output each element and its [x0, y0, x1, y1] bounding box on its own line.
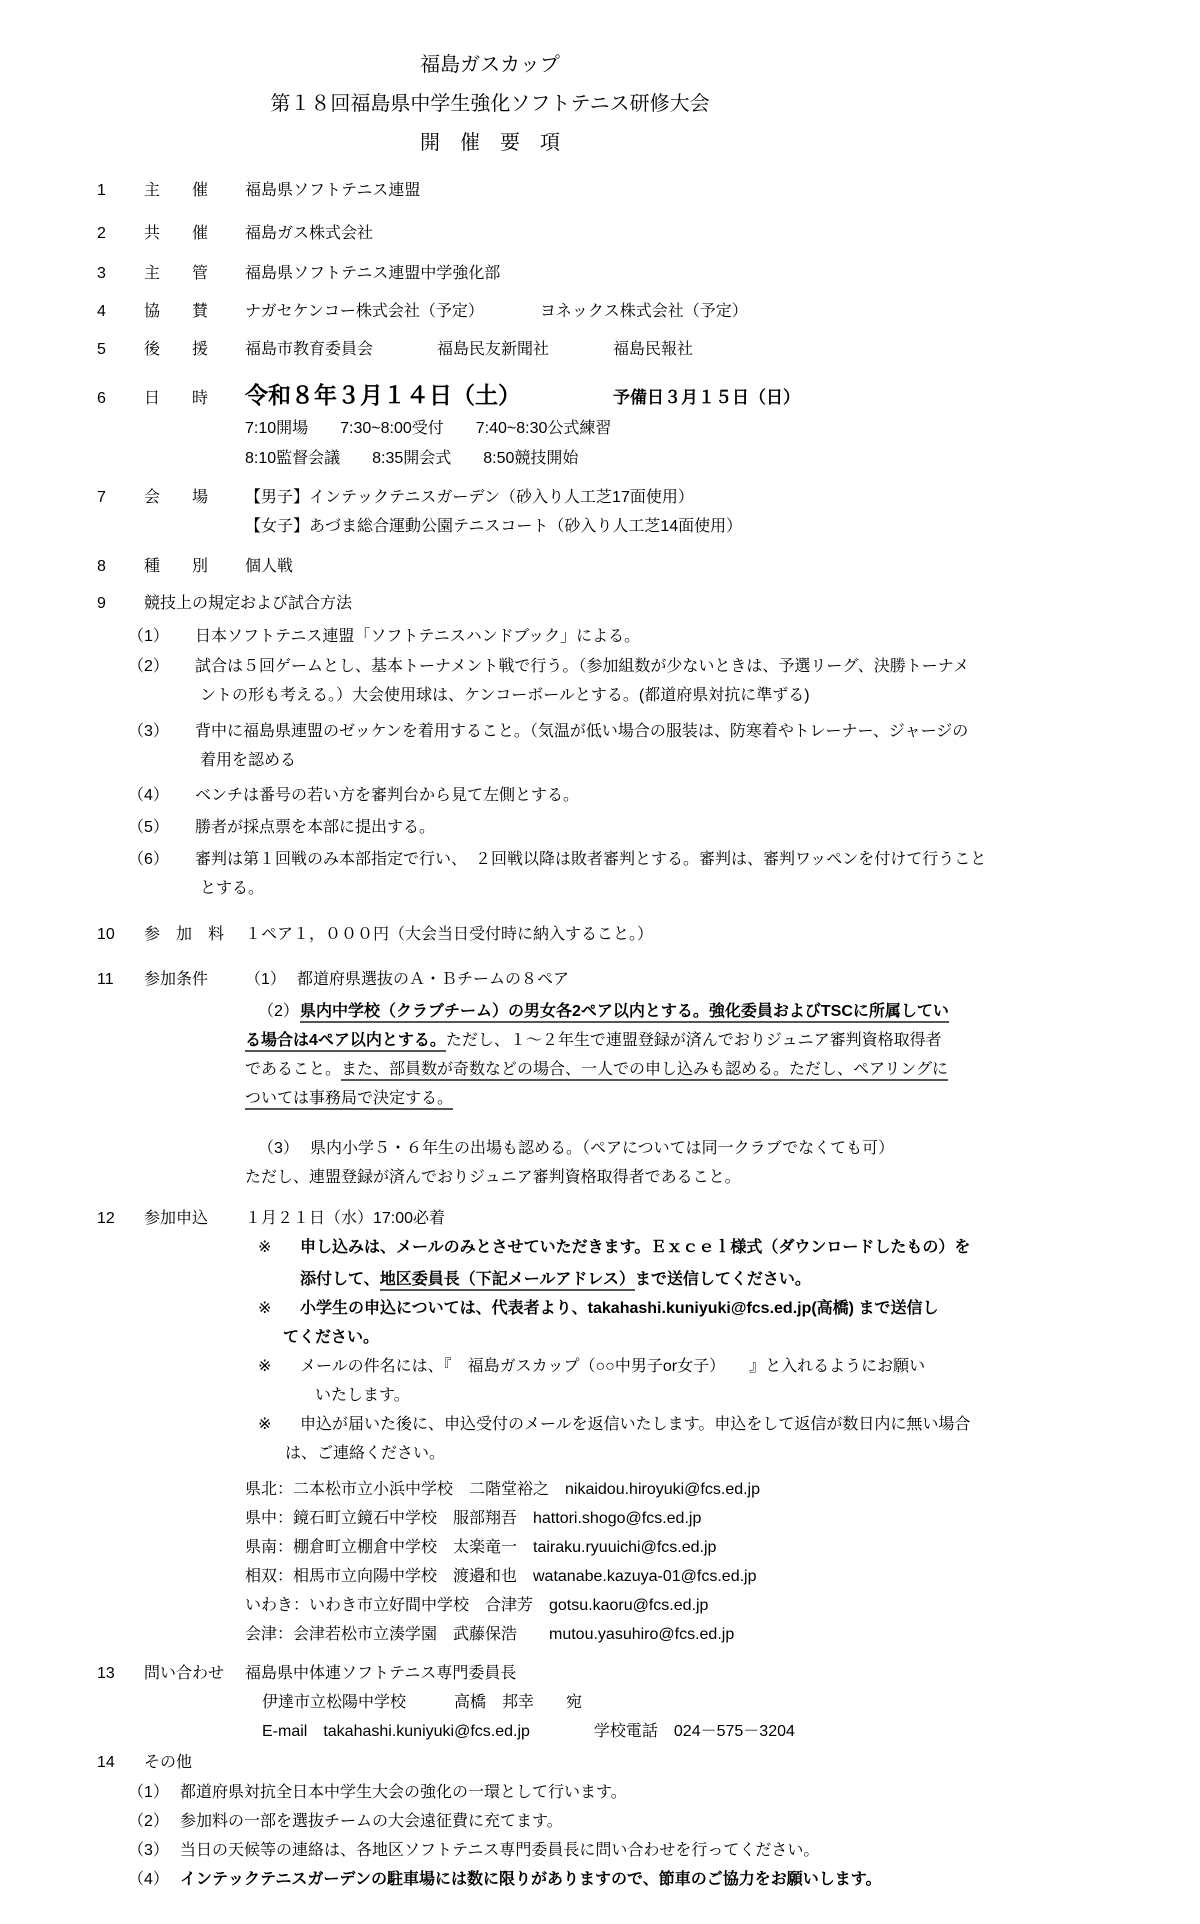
- section-item-6: 6日 時令和８年３月１４日（土）予備日３月１５日（日）7:10開場 7:30~8…: [0, 377, 1200, 473]
- list-marker: ※: [258, 1352, 300, 1381]
- item-row: 【女子】あづま総合運動公園テニスコート（砂入り人工芝14面使用）: [0, 512, 1200, 541]
- item-number: 14: [97, 1748, 144, 1777]
- item-number: 11: [97, 965, 144, 994]
- text-segment: １ペア１，０００円（大会当日受付時に納入すること。）: [245, 926, 653, 943]
- text-segment: 7:10開場 7:30~8:00受付 7:40~8:30公式練習: [245, 420, 611, 437]
- item-row: 県中：鏡石町立鏡石中学校 服部翔吾 hattori.shogo@fcs.ed.j…: [0, 1504, 1200, 1533]
- list-marker: （1）: [128, 1778, 180, 1807]
- section-item-1: 1主 催福島県ソフトテニス連盟: [0, 176, 1200, 205]
- sections: 1主 催福島県ソフトテニス連盟2共 催福島ガス株式会社3主 管福島県ソフトテニス…: [0, 176, 1200, 1894]
- list-marker: ※: [258, 1294, 300, 1323]
- list-marker: ※: [258, 1233, 300, 1262]
- text-segment: 県中：鏡石町立鏡石中学校 服部翔吾 hattori.shogo@fcs.ed.j…: [245, 1510, 701, 1527]
- text-segment: 添付して、: [300, 1271, 380, 1288]
- item-number: 6: [97, 384, 144, 413]
- list-marker: （2）: [128, 652, 195, 681]
- text-segment: 伊達市立松陽中学校 高橋 邦幸 宛: [262, 1694, 582, 1711]
- text-segment: ただし、１～２年生で連盟登録が済んでおりジュニア審判資格取得者: [446, 1032, 942, 1049]
- item-row: は、ご連絡ください。: [0, 1439, 1200, 1468]
- text-segment: 県内小学５・６年生の出場も認める。（ペアについては同一クラブでなくても可）: [310, 1140, 894, 1157]
- text-segment: また、部員数が奇数などの場合、一人での申し込みも認める。ただし、ペアリングに: [341, 1061, 948, 1081]
- item-row: （3）背中に福島県連盟のゼッケンを着用すること。（気温が低い場合の服装は、防寒着…: [0, 717, 1200, 746]
- item-number: 3: [97, 259, 144, 288]
- section-item-11: 11参加条件（1）都道府県選抜のＡ・Ｂチームの８ペア（2）県内中学校（クラブチー…: [0, 965, 1200, 1192]
- text-segment: メールの件名には、『 福島ガスカップ（○○中男子or女子） 』と入れるようにお願…: [300, 1358, 925, 1375]
- text-segment: 福島市教育委員会 福島民友新聞社 福島民報社: [245, 341, 693, 358]
- section-item-14: 14その他（1）都道府県対抗全日本中学生大会の強化の一環として行います。（2）参…: [0, 1748, 1200, 1894]
- text-segment: 県内中学校（クラブチーム）の男女各2ペア以内とする。強化委員およびTSCに所属し…: [300, 1003, 949, 1023]
- item-number: 2: [97, 219, 144, 248]
- item-label: 参 加 料: [144, 920, 245, 949]
- text-segment: 審判は第１回戦のみ本部指定で行い、 ２回戦以降は敗者審判とする。審判は、審判ワッ…: [195, 851, 986, 868]
- item-row: 8:10監督会議 8:35開会式 8:50競技開始: [0, 444, 1200, 473]
- item-label: その他: [144, 1748, 192, 1777]
- item-row: ※メールの件名には、『 福島ガスカップ（○○中男子or女子） 』と入れるようにお…: [0, 1352, 1200, 1381]
- item-row: E-mail takahashi.kuniyuki@fcs.ed.jp 学校電話…: [0, 1717, 1200, 1746]
- text-segment: 8:10監督会議 8:35開会式 8:50競技開始: [245, 450, 578, 467]
- section-item-7: 7会 場【男子】インテックテニスガーデン（砂入り人工芝17面使用）【女子】あづま…: [0, 483, 1200, 541]
- item-row: 13問い合わせ福島県中体連ソフトテニス専門委員長: [0, 1659, 1200, 1688]
- list-marker: （5）: [128, 813, 195, 842]
- text-segment: 相双：相馬市立向陽中学校 渡邉和也 watanabe.kazuya-01@fcs…: [245, 1568, 757, 1585]
- text-segment: 【女子】あづま総合運動公園テニスコート（砂入り人工芝14面使用）: [245, 518, 742, 535]
- item-row: 7:10開場 7:30~8:00受付 7:40~8:30公式練習: [0, 414, 1200, 443]
- section-item-13: 13問い合わせ福島県中体連ソフトテニス専門委員長伊達市立松陽中学校 高橋 邦幸 …: [0, 1659, 1200, 1746]
- item-label: 問い合わせ: [144, 1659, 245, 1688]
- item-number: 10: [97, 920, 144, 949]
- item-label: 参加申込: [144, 1204, 245, 1233]
- text-segment: 県南：棚倉町立棚倉中学校 太楽竜一 tairaku.ryuuichi@fcs.e…: [245, 1539, 716, 1556]
- text-segment: ナガセケンコー株式会社（予定） ヨネックス株式会社（予定）: [245, 303, 748, 320]
- item-row: （6）審判は第１回戦のみ本部指定で行い、 ２回戦以降は敗者審判とする。審判は、審…: [0, 845, 1200, 874]
- item-number: 1: [97, 176, 144, 205]
- text-segment: ただし、連盟登録が済んでおりジュニア審判資格取得者であること。: [245, 1169, 741, 1186]
- text-segment: 着用を認める: [200, 752, 296, 769]
- list-marker: （1）: [245, 965, 297, 994]
- item-row: とする。: [0, 874, 1200, 903]
- item-row: いわき：いわき市立好間中学校 合津芳 gotsu.kaoru@fcs.ed.jp: [0, 1591, 1200, 1620]
- text-segment: 都道府県対抗全日本中学生大会の強化の一環として行います。: [180, 1784, 627, 1801]
- list-marker: （4）: [128, 781, 195, 810]
- text-segment: とする。: [200, 880, 264, 897]
- event-title-line2: 第１８回福島県中学生強化ソフトテニス研修大会: [0, 85, 980, 124]
- list-marker: （1）: [128, 622, 195, 651]
- list-marker: ※: [258, 1410, 300, 1439]
- item-row: てください。: [0, 1323, 1200, 1352]
- item-row: （2）参加料の一部を選抜チームの大会遠征費に充てます。: [0, 1807, 1200, 1836]
- item-row: 12参加申込１月２１日（水）17:00必着: [0, 1204, 1200, 1233]
- item-row: ついては事務局で決定する。: [0, 1084, 1200, 1113]
- list-marker: （4）: [128, 1865, 180, 1894]
- text-segment: 地区委員長（下記メールアドレス）: [380, 1271, 635, 1291]
- text-segment: 当日の天候等の連絡は、各地区ソフトテニス専門委員長に問い合わせを行ってください。: [180, 1842, 819, 1859]
- item-row: （3）県内小学５・６年生の出場も認める。（ペアについては同一クラブでなくても可）: [0, 1134, 1200, 1163]
- item-label: 協 賛: [144, 297, 245, 326]
- text-segment: 参加料の一部を選抜チームの大会遠征費に充てます。: [180, 1813, 563, 1830]
- item-number: 5: [97, 335, 144, 364]
- item-row: ※申し込みは、メールのみとさせていただきます。Ｅｘｃｅｌ様式（ダウンロードしたも…: [0, 1233, 1200, 1262]
- item-row: 3主 管福島県ソフトテニス連盟中学強化部: [0, 259, 1200, 288]
- text-segment: いたします。: [315, 1387, 410, 1404]
- text-segment: いわき：いわき市立好間中学校 合津芳 gotsu.kaoru@fcs.ed.jp: [245, 1597, 708, 1614]
- item-row: 伊達市立松陽中学校 高橋 邦幸 宛: [0, 1688, 1200, 1717]
- item-row: 5後 援福島市教育委員会 福島民友新聞社 福島民報社: [0, 335, 1200, 364]
- section-item-2: 2共 催福島ガス株式会社: [0, 219, 1200, 248]
- text-segment: 試合は５回ゲームとし、基本トーナメント戦で行う。（参加組数が少ないときは、予選リ…: [195, 658, 969, 675]
- text-segment: 予備日３月１５日（日）: [613, 388, 800, 407]
- text-segment: 都道府県選抜のＡ・Ｂチームの８ペア: [297, 971, 569, 988]
- item-number: 7: [97, 483, 144, 512]
- item-row: ントの形も考える。）大会使用球は、ケンコーボールとする。(都道府県対抗に準ずる): [0, 681, 1200, 710]
- list-marker: （2）: [128, 1807, 180, 1836]
- item-row: 2共 催福島ガス株式会社: [0, 219, 1200, 248]
- item-row: ただし、連盟登録が済んでおりジュニア審判資格取得者であること。: [0, 1163, 1200, 1192]
- item-row: （2）県内中学校（クラブチーム）の男女各2ペア以内とする。強化委員およびTSCに…: [0, 997, 1200, 1026]
- item-row: （1）都道府県対抗全日本中学生大会の強化の一環として行います。: [0, 1778, 1200, 1807]
- list-marker: （3）: [258, 1134, 310, 1163]
- section-item-9: 9競技上の規定および試合方法（1）日本ソフトテニス連盟「ソフトテニスハンドブック…: [0, 589, 1200, 903]
- section-item-5: 5後 援福島市教育委員会 福島民友新聞社 福島民報社: [0, 335, 1200, 364]
- text-segment: は、ご連絡ください。: [285, 1445, 445, 1462]
- item-row: 7会 場【男子】インテックテニスガーデン（砂入り人工芝17面使用）: [0, 483, 1200, 512]
- item-row: 11参加条件（1）都道府県選抜のＡ・Ｂチームの８ペア: [0, 965, 1200, 994]
- item-row: （3）当日の天候等の連絡は、各地区ソフトテニス専門委員長に問い合わせを行ってくだ…: [0, 1836, 1200, 1865]
- item-number: 13: [97, 1659, 144, 1688]
- item-row: 着用を認める: [0, 746, 1200, 775]
- document-page: 福島ガスカップ 第１８回福島県中学生強化ソフトテニス研修大会 開 催 要 項 1…: [0, 0, 1200, 1924]
- item-label: 種 別: [144, 552, 245, 581]
- item-row: ※小学生の申込については、代表者より、takahashi.kuniyuki@fc…: [0, 1294, 1200, 1323]
- text-segment: であること。: [245, 1061, 341, 1078]
- text-segment: 申込が届いた後に、申込受付のメールを返信いたします。申込をして返信が数日内に無い…: [300, 1416, 970, 1433]
- item-row: 会津：会津若松市立湊学園 武藤保浩 mutou.yasuhiro@fcs.ed.…: [0, 1620, 1200, 1649]
- item-number: 8: [97, 552, 144, 581]
- item-number: 12: [97, 1204, 144, 1233]
- item-row: いたします。: [0, 1381, 1200, 1410]
- item-label: 共 催: [144, 219, 245, 248]
- item-row: 10参 加 料１ペア１，０００円（大会当日受付時に納入すること。）: [0, 920, 1200, 949]
- text-segment: 日本ソフトテニス連盟「ソフトテニスハンドブック」による。: [195, 628, 640, 645]
- text-segment: 【男子】インテックテニスガーデン（砂入り人工芝17面使用）: [245, 489, 694, 506]
- item-row: 県北：二本松市立小浜中学校 二階堂裕之 nikaidou.hiroyuki@fc…: [0, 1475, 1200, 1504]
- item-number: 4: [97, 297, 144, 326]
- text-segment: ントの形も考える。）大会使用球は、ケンコーボールとする。(都道府県対抗に準ずる): [200, 687, 810, 704]
- text-segment: てください。: [283, 1329, 379, 1346]
- text-segment: 勝者が採点票を本部に提出する。: [195, 819, 435, 836]
- item-row: ※申込が届いた後に、申込受付のメールを返信いたします。申込をして返信が数日内に無…: [0, 1410, 1200, 1439]
- text-segment: 令和８年３月１４日（土）: [245, 382, 521, 408]
- item-row: （5）勝者が採点票を本部に提出する。: [0, 813, 1200, 842]
- item-row: 県南：棚倉町立棚倉中学校 太楽竜一 tairaku.ryuuichi@fcs.e…: [0, 1533, 1200, 1562]
- item-row: 添付して、地区委員長（下記メールアドレス）まで送信してください。: [0, 1265, 1200, 1294]
- item-row: （1）日本ソフトテニス連盟「ソフトテニスハンドブック」による。: [0, 622, 1200, 651]
- text-segment: E-mail takahashi.kuniyuki@fcs.ed.jp 学校電話…: [262, 1723, 795, 1740]
- event-title-line1: 福島ガスカップ: [0, 46, 980, 85]
- item-label: 競技上の規定および試合方法: [144, 589, 352, 618]
- item-label: 主 催: [144, 176, 245, 205]
- text-segment: 個人戦: [245, 558, 293, 575]
- text-segment: ついては事務局で決定する。: [245, 1090, 453, 1110]
- item-row: 6日 時令和８年３月１４日（土）予備日３月１５日（日）: [0, 377, 1200, 413]
- item-number: 9: [97, 589, 144, 618]
- text-segment: 福島県中体連ソフトテニス専門委員長: [245, 1665, 516, 1682]
- item-label: 参加条件: [144, 965, 245, 994]
- text-segment: 会津：会津若松市立湊学園 武藤保浩 mutou.yasuhiro@fcs.ed.…: [245, 1626, 734, 1643]
- item-row: （4）インテックテニスガーデンの駐車場には数に限りがありますので、節車のご協力を…: [0, 1865, 1200, 1894]
- item-row: 8種 別個人戦: [0, 552, 1200, 581]
- text-segment: 県北：二本松市立小浜中学校 二階堂裕之 nikaidou.hiroyuki@fc…: [245, 1481, 760, 1498]
- text-segment: る場合は4ペア以内とする。: [245, 1032, 446, 1052]
- item-row: 9競技上の規定および試合方法: [0, 589, 1200, 618]
- section-item-10: 10参 加 料１ペア１，０００円（大会当日受付時に納入すること。）: [0, 920, 1200, 949]
- item-row: （2）試合は５回ゲームとし、基本トーナメント戦で行う。（参加組数が少ないときは、…: [0, 652, 1200, 681]
- text-segment: 背中に福島県連盟のゼッケンを着用すること。（気温が低い場合の服装は、防寒着やトレ…: [195, 723, 968, 740]
- item-label: 日 時: [144, 384, 245, 413]
- item-label: 会 場: [144, 483, 245, 512]
- text-segment: 福島県ソフトテニス連盟: [245, 182, 420, 199]
- item-label: 後 援: [144, 335, 245, 364]
- item-row: 相双：相馬市立向陽中学校 渡邉和也 watanabe.kazuya-01@fcs…: [0, 1562, 1200, 1591]
- item-row: る場合は4ペア以内とする。ただし、１～２年生で連盟登録が済んでおりジュニア審判資…: [0, 1026, 1200, 1055]
- text-segment: １月２１日（水）17:00必着: [245, 1210, 445, 1227]
- item-row: （4）ベンチは番号の若い方を審判台から見て左側とする。: [0, 781, 1200, 810]
- title-block: 福島ガスカップ 第１８回福島県中学生強化ソフトテニス研修大会 開 催 要 項: [0, 46, 980, 163]
- document-heading: 開 催 要 項: [0, 124, 980, 163]
- text-segment: 小学生の申込については、代表者より、takahashi.kuniyuki@fcs…: [300, 1300, 938, 1317]
- list-marker: （6）: [128, 845, 195, 874]
- list-marker: （3）: [128, 717, 195, 746]
- item-row: 1主 催福島県ソフトテニス連盟: [0, 176, 1200, 205]
- item-label: 主 管: [144, 259, 245, 288]
- item-row: 4協 賛ナガセケンコー株式会社（予定） ヨネックス株式会社（予定）: [0, 297, 1200, 326]
- section-item-12: 12参加申込１月２１日（水）17:00必着※申し込みは、メールのみとさせていただ…: [0, 1204, 1200, 1649]
- list-marker: （2）: [258, 997, 300, 1026]
- text-segment: まで送信してください。: [635, 1271, 811, 1288]
- section-item-8: 8種 別個人戦: [0, 552, 1200, 581]
- section-item-4: 4協 賛ナガセケンコー株式会社（予定） ヨネックス株式会社（予定）: [0, 297, 1200, 326]
- text-segment: インテックテニスガーデンの駐車場には数に限りがありますので、節車のご協力をお願い…: [180, 1871, 881, 1888]
- list-marker: （3）: [128, 1836, 180, 1865]
- text-segment: ベンチは番号の若い方を審判台から見て左側とする。: [195, 787, 579, 804]
- item-row: 14その他: [0, 1748, 1200, 1777]
- text-segment: 福島県ソフトテニス連盟中学強化部: [245, 265, 500, 282]
- section-item-3: 3主 管福島県ソフトテニス連盟中学強化部: [0, 259, 1200, 288]
- item-row: であること。また、部員数が奇数などの場合、一人での申し込みも認める。ただし、ペア…: [0, 1055, 1200, 1084]
- text-segment: 福島ガス株式会社: [245, 225, 373, 242]
- text-segment: 申し込みは、メールのみとさせていただきます。Ｅｘｃｅｌ様式（ダウンロードしたもの…: [300, 1239, 970, 1256]
